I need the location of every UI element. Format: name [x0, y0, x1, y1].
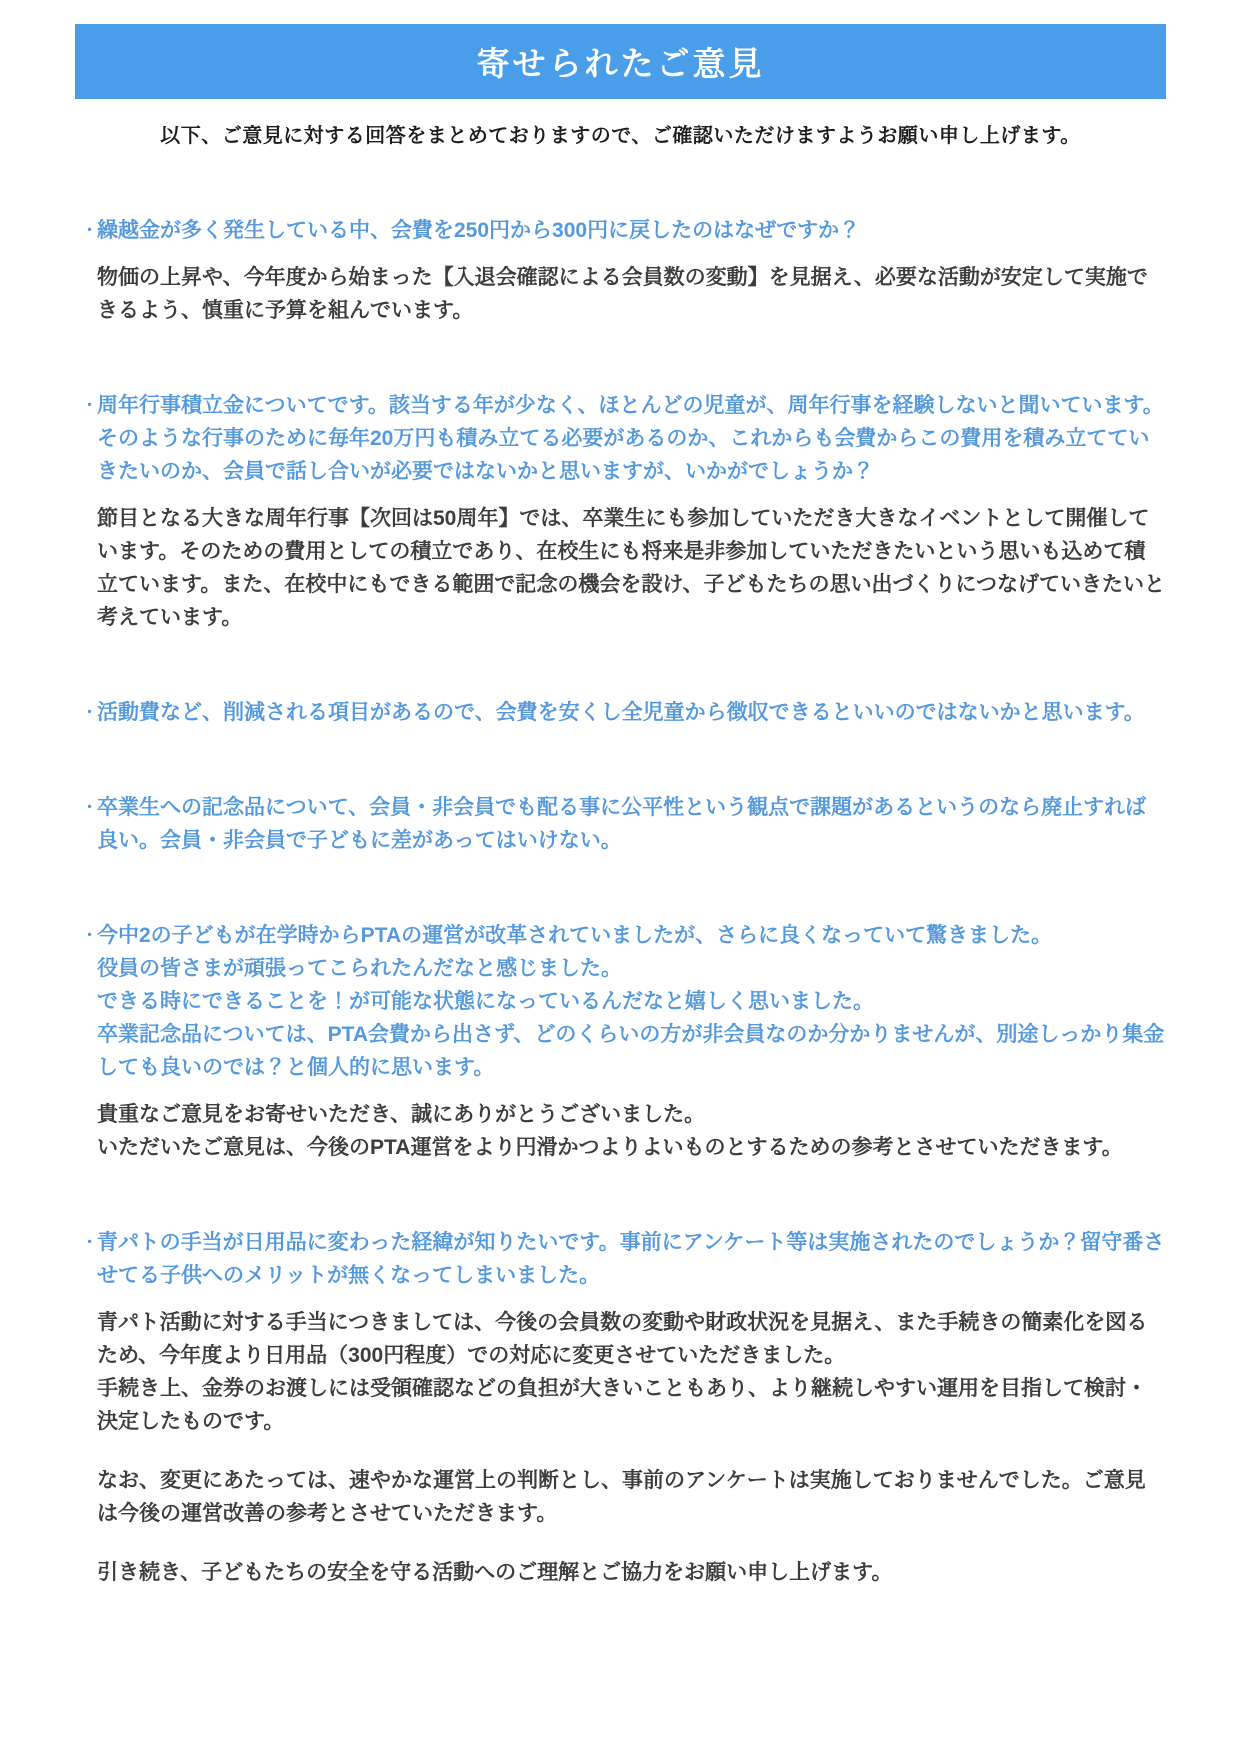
- bullet-icon: ・: [82, 1226, 97, 1259]
- feedback-item: ・ 今中2の子どもが在学時からPTAの運営が改革されていましたが、さらに良くなっ…: [82, 919, 1166, 1164]
- bullet-icon: ・: [82, 791, 97, 824]
- opinion-text: 周年行事積立金についてです。該当する年が少なく、ほとんどの児童が、周年行事を経験…: [97, 389, 1166, 488]
- feedback-item: ・ 活動費など、削減される項目があるので、会費を安くし全児童から徴収できるといい…: [82, 696, 1166, 729]
- answer-text: 節目となる大きな周年行事【次回は50周年】では、卒業生にも参加していただき大きな…: [97, 502, 1166, 634]
- opinion-text: 今中2の子どもが在学時からPTAの運営が改革されていましたが、さらに良くなってい…: [97, 919, 1166, 1084]
- bullet-icon: ・: [82, 214, 97, 247]
- opinion: ・ 今中2の子どもが在学時からPTAの運営が改革されていましたが、さらに良くなっ…: [82, 919, 1166, 1084]
- answer-text: 引き続き、子どもたちの安全を守る活動へのご理解とご協力をお願い申し上げます。: [97, 1556, 1166, 1589]
- feedback-item: ・ 青パトの手当が日用品に変わった経緯が知りたいです。事前にアンケート等は実施さ…: [82, 1226, 1166, 1589]
- feedback-item: ・ 卒業生への記念品について、会員・非会員でも配る事に公平性という観点で課題があ…: [82, 791, 1166, 857]
- opinion: ・ 卒業生への記念品について、会員・非会員でも配る事に公平性という観点で課題があ…: [82, 791, 1166, 857]
- page-title-banner: 寄せられたご意見: [75, 24, 1166, 99]
- opinion: ・ 活動費など、削減される項目があるので、会費を安くし全児童から徴収できるといい…: [82, 696, 1166, 729]
- page-title: 寄せられたご意見: [477, 38, 765, 85]
- bullet-icon: ・: [82, 389, 97, 422]
- opinion: ・ 周年行事積立金についてです。該当する年が少なく、ほとんどの児童が、周年行事を…: [82, 389, 1166, 488]
- intro-text: 以下、ご意見に対する回答をまとめておりますので、ご確認いただけますようお願い申し…: [75, 119, 1166, 148]
- opinion: ・ 青パトの手当が日用品に変わった経緯が知りたいです。事前にアンケート等は実施さ…: [82, 1226, 1166, 1292]
- answer-text: なお、変更にあたっては、速やかな運営上の判断とし、事前のアンケートは実施しており…: [97, 1464, 1166, 1530]
- answer-text: 青パト活動に対する手当につきましては、今後の会員数の変動や財政状況を見据え、また…: [97, 1306, 1166, 1438]
- bullet-icon: ・: [82, 696, 97, 729]
- feedback-item: ・ 周年行事積立金についてです。該当する年が少なく、ほとんどの児童が、周年行事を…: [82, 389, 1166, 634]
- opinion-text: 卒業生への記念品について、会員・非会員でも配る事に公平性という観点で課題があると…: [97, 791, 1166, 857]
- opinion-text: 活動費など、削減される項目があるので、会費を安くし全児童から徴収できるといいので…: [97, 696, 1166, 729]
- feedback-item: ・ 繰越金が多く発生している中、会費を250円から300円に戻したのはなぜですか…: [82, 214, 1166, 327]
- opinion: ・ 繰越金が多く発生している中、会費を250円から300円に戻したのはなぜですか…: [82, 214, 1166, 247]
- page: 寄せられたご意見 以下、ご意見に対する回答をまとめておりますので、ご確認いただけ…: [0, 0, 1241, 1755]
- answer-text: 貴重なご意見をお寄せいただき、誠にありがとうございました。 いただいたご意見は、…: [97, 1098, 1166, 1164]
- opinion-text: 繰越金が多く発生している中、会費を250円から300円に戻したのはなぜですか？: [97, 214, 1166, 247]
- bullet-icon: ・: [82, 919, 97, 952]
- feedback-list: ・ 繰越金が多く発生している中、会費を250円から300円に戻したのはなぜですか…: [75, 214, 1166, 1589]
- answer-text: 物価の上昇や、今年度から始まった【入退会確認による会員数の変動】を見据え、必要な…: [97, 261, 1166, 327]
- opinion-text: 青パトの手当が日用品に変わった経緯が知りたいです。事前にアンケート等は実施された…: [97, 1226, 1166, 1292]
